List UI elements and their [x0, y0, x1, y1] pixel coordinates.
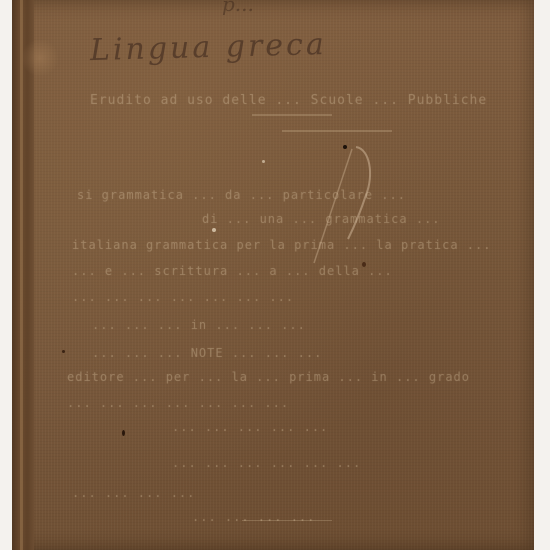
ghost-text-line: italiana grammatica per la prima ... la … — [72, 238, 491, 252]
ghost-text-line: ... ... ... ... — [72, 486, 195, 500]
divider-rule — [242, 520, 332, 521]
ink-speck — [62, 350, 65, 353]
divider-rule — [282, 130, 392, 132]
ghost-text-line: ... ... ... ... — [192, 510, 315, 524]
ghost-text-line: Erudito ad uso delle ... Scuole ... Pubb… — [90, 93, 487, 108]
book-cover: p... Lingua greca Erudito ad uso delle .… — [12, 0, 534, 550]
cover-stain — [22, 38, 58, 78]
puncture-mark — [343, 145, 347, 149]
ink-speck — [122, 430, 125, 436]
ghost-text-line: ... ... ... ... ... ... ... — [67, 396, 289, 410]
book-spine — [12, 0, 34, 550]
divider-rule — [252, 114, 332, 116]
ghost-text-line: ... ... ... ... ... ... ... — [72, 290, 294, 304]
light-speck — [212, 228, 216, 232]
handwritten-title: Lingua greca — [90, 27, 328, 68]
light-speck — [262, 160, 265, 163]
handwritten-fragment: p... — [222, 0, 254, 16]
ghost-text-line: ... ... ... NOTE ... ... ... — [92, 346, 322, 360]
ink-speck — [362, 262, 366, 267]
ghost-text-line: ... ... ... in ... ... ... — [92, 318, 306, 332]
spine-crease — [20, 0, 23, 550]
ghost-text-line: ... ... ... ... ... — [172, 420, 328, 434]
ghost-text-line: editore ... per ... la ... prima ... in … — [67, 370, 470, 384]
ghost-text-line: ... ... ... ... ... ... — [172, 456, 361, 470]
pencil-mark — [308, 135, 388, 275]
